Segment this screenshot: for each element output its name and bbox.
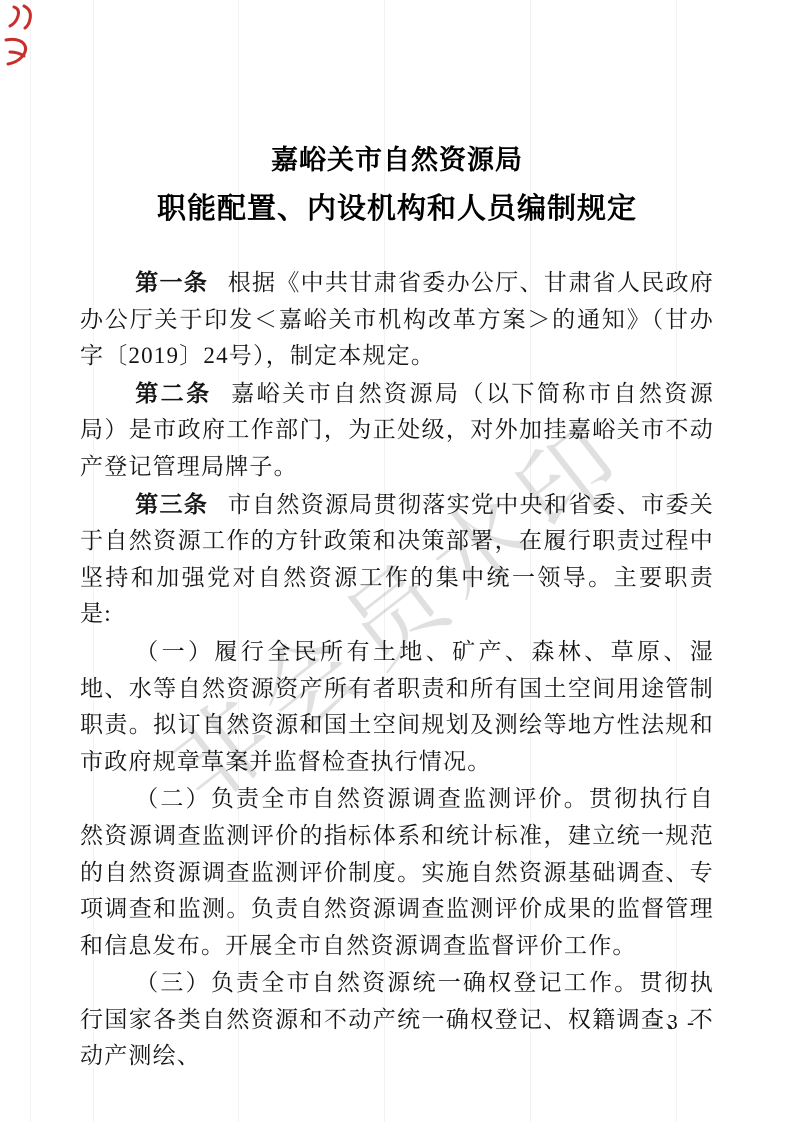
article-2-lead: 第二条 [135,380,211,406]
paragraph-item-1: （一）履行全民所有土地、矿产、森林、草原、湿地、水等自然资源资产所有者职责和所有… [80,633,714,780]
scanned-document-page: 非会员水印 嘉峪关市自然资源局 职能配置、内设机构和人员编制规定 第一条根据《中… [0,0,794,1122]
article-1-lead: 第一条 [135,269,208,295]
paragraph-article-3: 第三条市自然资源局贯彻落实党中央和省委、市委关于自然资源工作的方针政策和决策部署… [80,486,714,633]
page-number: - 3 - [651,1010,696,1035]
scan-artifact-line [30,0,31,1122]
paragraph-article-1: 第一条根据《中共甘肃省委办公厅、甘肃省人民政府办公厅关于印发＜嘉峪关市机构改革方… [80,264,714,375]
item-1-text: （一）履行全民所有土地、矿产、森林、草原、湿地、水等自然资源资产所有者职责和所有… [80,639,714,774]
item-2-text: （二）负责全市自然资源调查监测评价。贯彻执行自然资源调查监测评价的指标体系和统计… [80,786,714,957]
red-pen-mark-icon [0,0,44,78]
document-title-line1: 嘉峪关市自然资源局 [80,138,714,177]
article-3-lead: 第三条 [135,491,208,517]
document-body: 第一条根据《中共甘肃省委办公厅、甘肃省人民政府办公厅关于印发＜嘉峪关市机构改革方… [80,264,714,1075]
paragraph-item-3: （三）负责全市自然资源统一确权登记工作。贯彻执行国家各类自然资源和不动产统一确权… [80,964,714,1075]
paragraph-item-2: （二）负责全市自然资源调查监测评价。贯彻执行自然资源调查监测评价的指标体系和统计… [80,780,714,964]
document-title-line2: 职能配置、内设机构和人员编制规定 [80,186,714,227]
paragraph-article-2: 第二条嘉峪关市自然资源局（以下简称市自然资源局）是市政府工作部门，为正处级，对外… [80,375,714,486]
item-3-text: （三）负责全市自然资源统一确权登记工作。贯彻执行国家各类自然资源和不动产统一确权… [80,970,714,1068]
